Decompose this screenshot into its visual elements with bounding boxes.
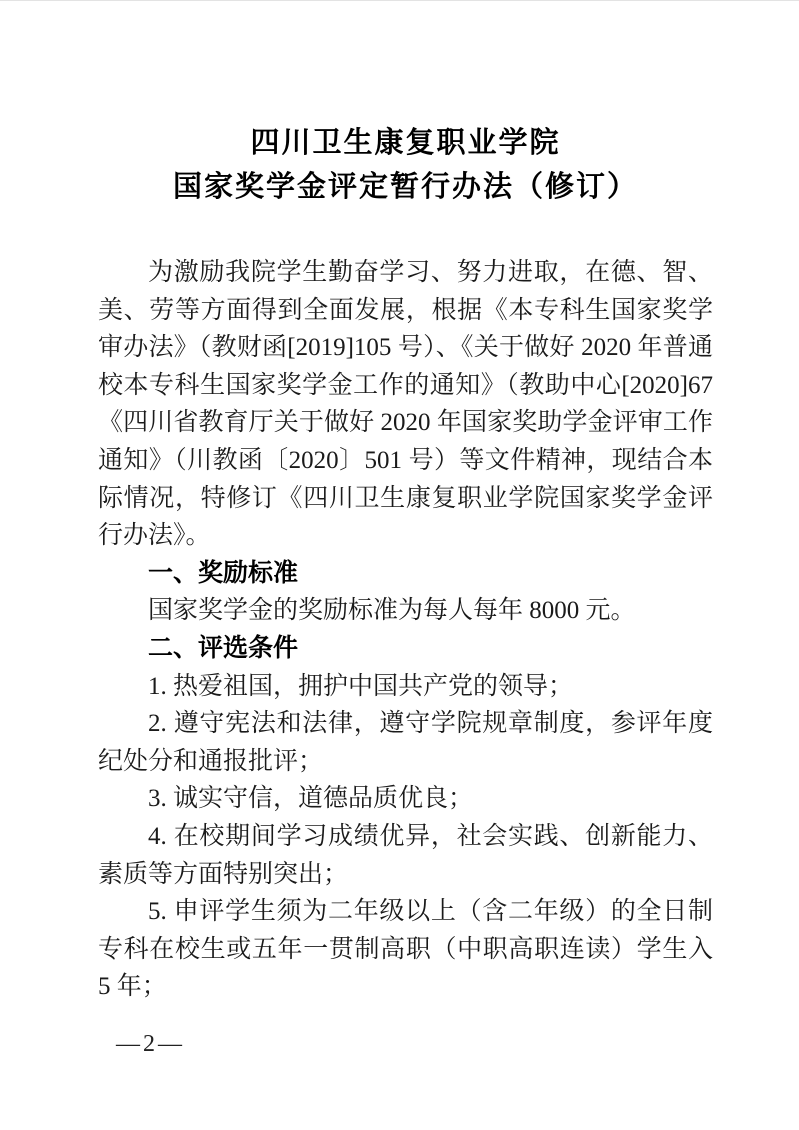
list-item-line: 3. 诚实守信，道德品质优良； <box>98 780 713 818</box>
title-line-2: 国家奖学金评定暂行办法（修订） <box>98 165 713 209</box>
body-line: 《四川省教育厅关于做好 2020 年国家奖助学金评审工作的 <box>98 404 713 442</box>
list-item-line: 素质等方面特别突出； <box>98 856 713 894</box>
list-item-line: 4. 在校期间学习成绩优异，社会实践、创新能力、综合 <box>98 818 713 856</box>
list-item-line: 5. 申评学生须为二年级以上（含二年级）的全日制普通 <box>98 893 713 931</box>
document-title: 四川卫生康复职业学院 国家奖学金评定暂行办法（修订） <box>98 121 713 209</box>
list-item-line: 1. 热爱祖国，拥护中国共产党的领导； <box>98 668 713 706</box>
body-line: 审办法》（教财函[2019]105 号）、《关于做好 2020 年普通高 <box>98 329 713 367</box>
scan-edge-line <box>0 0 799 1</box>
title-line-1: 四川卫生康复职业学院 <box>98 121 713 165</box>
section-heading-1: 一、奖励标准 <box>98 555 713 593</box>
section-heading-2: 二、评选条件 <box>98 630 713 668</box>
body-line: 通知》（川教函〔2020〕501 号）等文件精神，现结合本院实 <box>98 442 713 480</box>
document-body: 为激励我院学生勤奋学习、努力进取，在德、智、体、 美、劳等方面得到全面发展，根据… <box>98 254 713 1006</box>
body-line: 际情况，特修订《四川卫生康复职业学院国家奖学金评定暂 <box>98 480 713 518</box>
page-number: —2— <box>116 1029 185 1059</box>
body-line: 美、劳等方面得到全面发展，根据《本专科生国家奖学金评 <box>98 292 713 330</box>
list-item-line: 专科在校生或五年一贯制高职（中职高职连读）学生入学第 <box>98 931 713 969</box>
body-line: 为激励我院学生勤奋学习、努力进取，在德、智、体、 <box>98 254 713 292</box>
body-line: 国家奖学金的奖励标准为每人每年 8000 元。 <box>98 592 713 630</box>
body-line: 校本专科生国家奖学金工作的通知》（教助中心[2020]67 号）、 <box>98 367 713 405</box>
list-item-line: 纪处分和通报批评； <box>98 743 713 781</box>
list-item-line: 2. 遵守宪法和法律，遵守学院规章制度，参评年度无校 <box>98 705 713 743</box>
body-line: 行办法》。 <box>98 517 713 555</box>
list-item-line: 5 年； <box>98 968 713 1006</box>
document-page: 四川卫生康复职业学院 国家奖学金评定暂行办法（修订） 为激励我院学生勤奋学习、努… <box>0 0 799 1130</box>
